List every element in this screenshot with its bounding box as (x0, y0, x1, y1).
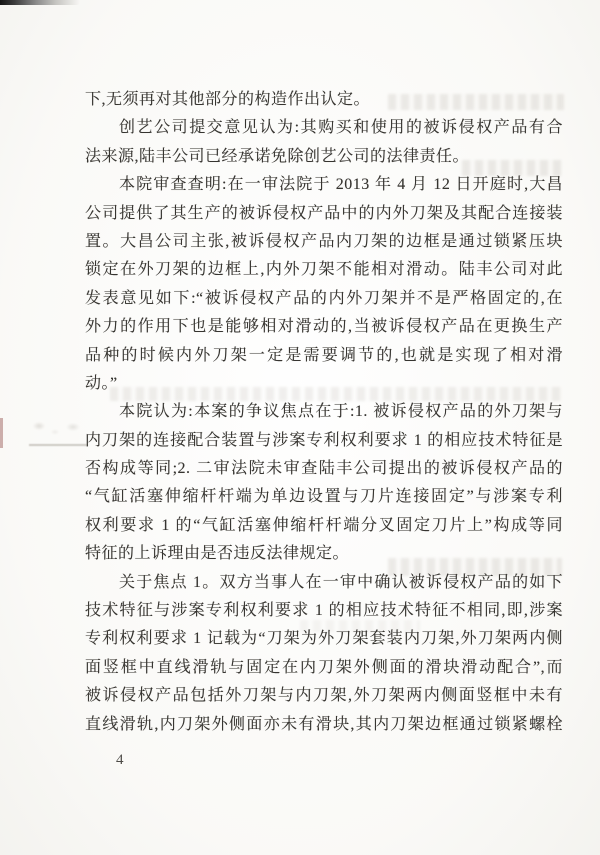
text-line: 否构成等同;2. 二审法院未审查陆丰公司提出的被诉侵权产品的 (85, 455, 563, 483)
text-line: 锁定在外刀架的边框上,内外刀架不能相对滑动。陆丰公司对此 (85, 256, 563, 284)
corner-scan-artifact (0, 0, 80, 5)
text-line: 创艺公司提交意见认为:其购买和使用的被诉侵权产品有合 (85, 114, 563, 142)
text-line: 面竖框中直线滑轨与固定在内刀架外侧面的滑块滑动配合”,而 (85, 654, 563, 682)
text-line: 法来源,陆丰公司已经承诺免除创艺公司的法律责任。 (85, 143, 563, 171)
document-text: 下,无须再对其他部分的构造作出认定。 创艺公司提交意见认为:其购买和使用的被诉侵… (85, 86, 563, 739)
text-line: 下,无须再对其他部分的构造作出认定。 (85, 86, 563, 114)
text-line: 置。大昌公司主张,被诉侵权产品内刀架的边框是通过锁紧压块 (85, 228, 563, 256)
page-edge-red-mark (0, 418, 3, 448)
text-line: 本院认为:本案的争议焦点在于:1. 被诉侵权产品的外刀架与 (85, 398, 563, 426)
text-line: 关于焦点 1。双方当事人在一审中确认被诉侵权产品的如下 (85, 569, 563, 597)
text-line: 发表意见如下:“被诉侵权产品的内外刀架并不是严格固定的,在 (85, 285, 563, 313)
margin-annotation-stamp (27, 416, 87, 442)
text-line: 内刀架的连接配合装置与涉案专利权利要求 1 的相应技术特征是 (85, 427, 563, 455)
text-line: 特征的上诉理由是否违反法律规定。 (85, 540, 563, 568)
text-line: 品种的时候内外刀架一定是需要调节的,也就是实现了相对滑 (85, 342, 563, 370)
text-line: 本院审查查明:在一审法院于 2013 年 4 月 12 日开庭时,大昌 (85, 171, 563, 199)
text-line: 动。” (85, 370, 563, 398)
text-line: 技术特征与涉案专利权利要求 1 的相应技术特征不相同,即,涉案 (85, 597, 563, 625)
text-line: 被诉侵权产品包括外刀架与内刀架,外刀架两内侧面竖框中未有 (85, 682, 563, 710)
text-line: 权利要求 1 的“气缸活塞伸缩杆杆端分叉固定刀片上”构成等同 (85, 512, 563, 540)
scanned-page: 下,无须再对其他部分的构造作出认定。 创艺公司提交意见认为:其购买和使用的被诉侵… (0, 0, 600, 855)
text-line: 专利权利要求 1 记载为“刀架为外刀架套装内刀架,外刀架两内侧 (85, 625, 563, 653)
text-line: “气缸活塞伸缩杆杆端为单边设置与刀片连接固定”与涉案专利 (85, 483, 563, 511)
text-line: 公司提供了其生产的被诉侵权产品中的内外刀架及其配合连接装 (85, 200, 563, 228)
margin-annotation-underline (29, 444, 87, 446)
text-line: 外力的作用下也是能够相对滑动的,当被诉侵权产品在更换生产 (85, 313, 563, 341)
page-number: 4 (116, 752, 125, 769)
text-line: 直线滑轨,内刀架外侧面亦未有滑块,其内刀架边框通过锁紧螺栓 (85, 711, 563, 739)
